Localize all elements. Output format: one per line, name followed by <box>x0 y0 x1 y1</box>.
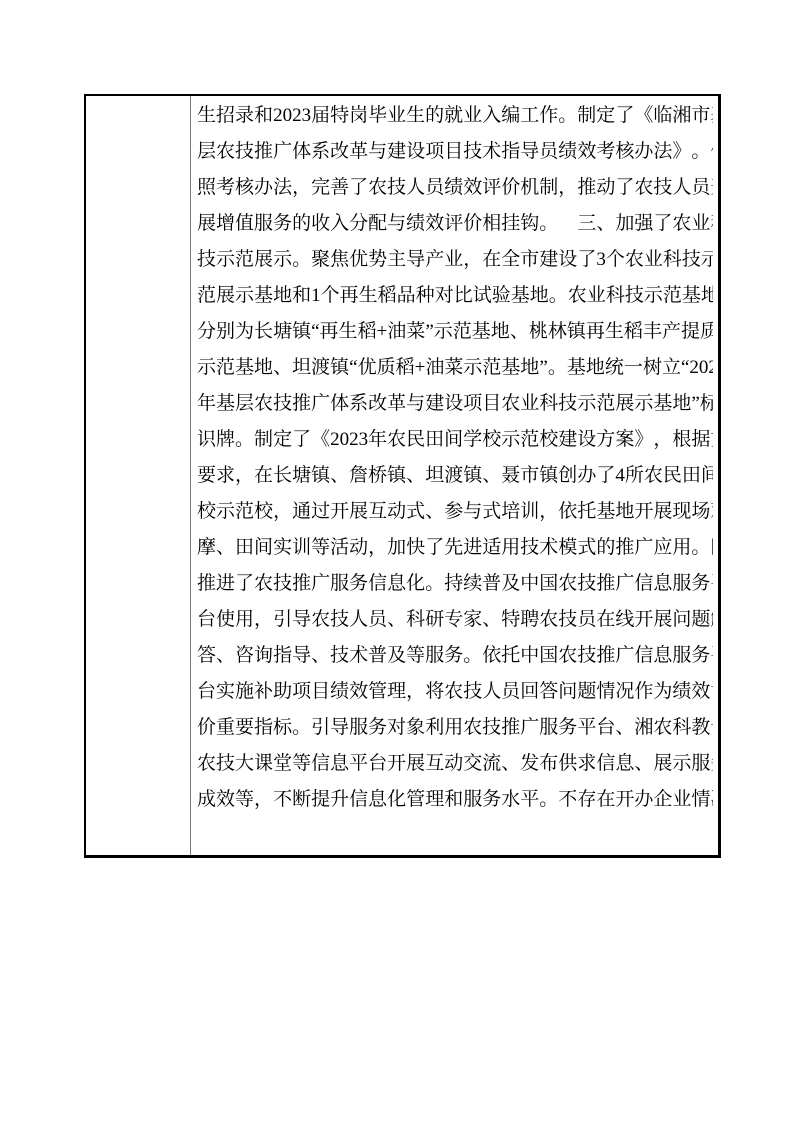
text-line: 生招录和2023届特岗毕业生的就业入编工作。制定了《临湘市基 <box>197 98 713 134</box>
text-line: 示范基地、坦渡镇“优质稻+油菜示范基地”。基地统一树立“2023 <box>197 350 713 386</box>
table-cell-content: 生招录和2023届特岗毕业生的就业入编工作。制定了《临湘市基层农技推广体系改革与… <box>191 96 718 855</box>
paragraph: 生招录和2023届特岗毕业生的就业入编工作。制定了《临湘市基层农技推广体系改革与… <box>197 98 713 818</box>
text-line: 台使用，引导农技人员、科研专家、特聘农技员在线开展问题解 <box>197 602 713 638</box>
text-line: 台实施补助项目绩效管理，将农技人员回答问题情况作为绩效评 <box>197 674 713 710</box>
text-line: 年基层农技推广体系改革与建设项目农业科技示范展示基地”标 <box>197 386 713 422</box>
report-table: 生招录和2023届特岗毕业生的就业入编工作。制定了《临湘市基层农技推广体系改革与… <box>84 94 721 858</box>
text-line: 识牌。制定了《2023年农民田间学校示范校建设方案》，根据方案 <box>197 422 713 458</box>
text-line: 摩、田间实训等活动，加快了先进适用技术模式的推广应用。四、 <box>197 530 713 566</box>
text-line: 范展示基地和1个再生稻品种对比试验基地。农业科技示范基地 <box>197 278 713 314</box>
text-line: 校示范校，通过开展互动式、参与式培训，依托基地开展现场观 <box>197 494 713 530</box>
text-line: 农技大课堂等信息平台开展互动交流、发布供求信息、展示服务 <box>197 746 713 782</box>
text-line: 分别为长塘镇“再生稻+油菜”示范基地、桃林镇再生稻丰产提质 <box>197 314 713 350</box>
text-line: 技示范展示。聚焦优势主导产业，在全市建设了3个农业科技示 <box>197 242 713 278</box>
text-line: 推进了农技推广服务信息化。持续普及中国农技推广信息服务平 <box>197 566 713 602</box>
document-page: 生招录和2023届特岗毕业生的就业入编工作。制定了《临湘市基层农技推广体系改革与… <box>0 0 794 1122</box>
text-line: 成效等，不断提升信息化管理和服务水平。不存在开办企业情况。 <box>197 782 713 818</box>
text-line: 答、咨询指导、技术普及等服务。依托中国农技推广信息服务平 <box>197 638 713 674</box>
table-cell-empty-label <box>86 96 191 855</box>
text-line: 要求，在长塘镇、詹桥镇、坦渡镇、聂市镇创办了4所农民田间学 <box>197 458 713 494</box>
text-line: 照考核办法，完善了农技人员绩效评价机制，推动了农技人员开 <box>197 170 713 206</box>
text-line: 层农技推广体系改革与建设项目技术指导员绩效考核办法》。依 <box>197 134 713 170</box>
text-line: 展增值服务的收入分配与绩效评价相挂钩。 三、加强了农业科 <box>197 206 713 242</box>
text-line: 价重要指标。引导服务对象利用农技推广服务平台、湘农科教云、 <box>197 710 713 746</box>
